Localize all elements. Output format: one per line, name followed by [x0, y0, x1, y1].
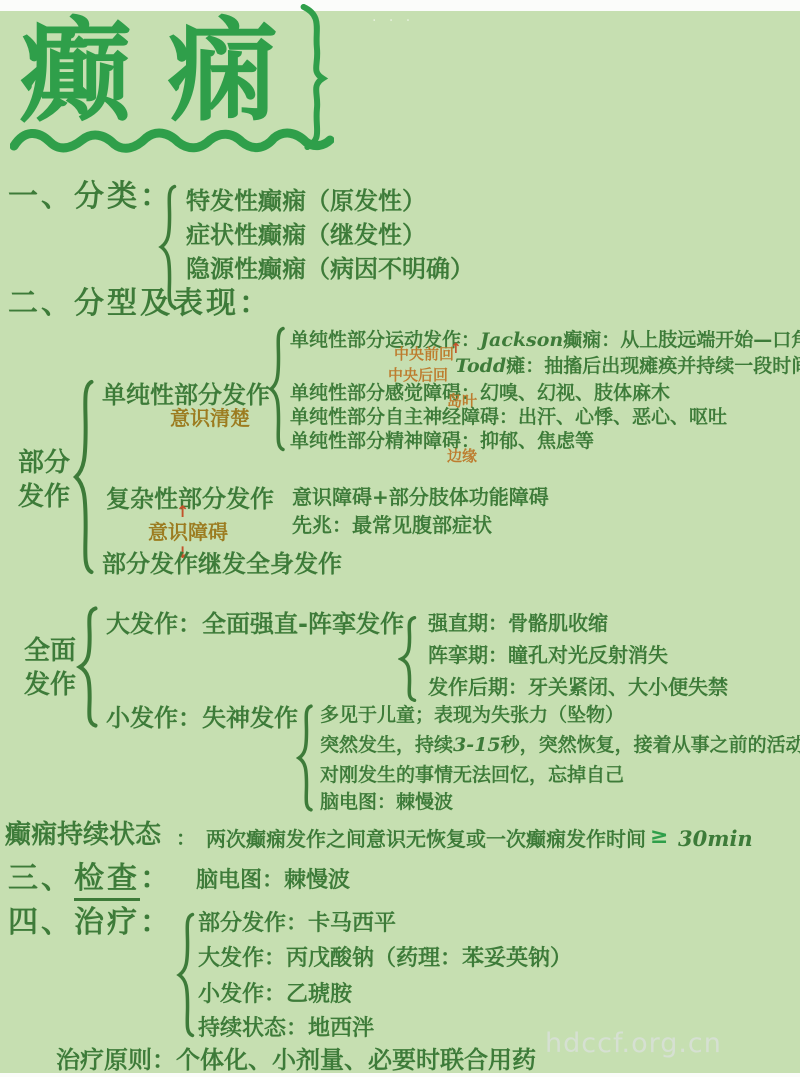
- partial-brace-icon: [72, 378, 98, 576]
- treatment-word: 治疗: [74, 905, 140, 940]
- page-title: 癫痫: [20, 16, 312, 128]
- todd-term: Todd: [455, 355, 506, 377]
- petit-line2-post: 秒，突然恢复，接着从事之前的活动: [501, 734, 800, 756]
- arrow-up-icon: ↑: [176, 504, 189, 520]
- section-heading-treatment: 四、治疗：: [8, 908, 173, 938]
- simple-partial-autonomic-line: 单纯性部分自主神经障碍：出汗、心悸、恶心、呕吐: [290, 408, 727, 427]
- treatment-colon: ：: [140, 905, 173, 940]
- grand-mal-phase: 阵挛期：瞳孔对光反射消失: [428, 645, 668, 665]
- section-heading-typing: 二、分型及表现：: [8, 289, 272, 319]
- status-colon: ：: [176, 828, 196, 848]
- wavy-underline-icon: [10, 124, 334, 158]
- motor-post: 癫痫：从上肢远端开始—口角抽动: [563, 329, 800, 351]
- petit-mal-label: 小发作：失神发作: [106, 706, 298, 730]
- complex-partial-desc: 意识障碍+部分肢体功能障碍: [292, 487, 549, 507]
- treatment-item: 大发作：丙戊酸钠（药理：苯妥英钠）: [198, 948, 572, 970]
- status-duration: 30min: [678, 828, 753, 849]
- todd-line: Todd瘫：抽搐后出现瘫痪并持续一段时间: [455, 357, 800, 376]
- treatment-item: 持续状态：地西泮: [198, 1018, 374, 1040]
- simple-partial-psychic-line: 单纯性部分精神障碍：抑郁、焦虑等: [290, 432, 594, 451]
- annotation-limbic: 边缘: [447, 449, 477, 464]
- geq-symbol: ≥: [650, 826, 668, 848]
- treatment-brace-icon: [176, 912, 198, 1038]
- simple-partial-sensory-line: 单纯性部分感觉障碍：幻嗅、幻视、肢体麻木: [290, 384, 670, 403]
- branch-label-generalized-1: 全面: [24, 638, 76, 664]
- treatment-item: 小发作：乙琥胺: [198, 984, 352, 1006]
- watermark: hdccf.org.cn: [545, 1028, 722, 1059]
- status-epilepticus-body: 两次癫痫发作之间意识无恢复或一次癫痫发作时间: [206, 829, 646, 849]
- petit-mal-eeg: 脑电图：棘慢波: [320, 793, 453, 812]
- faint-dots: · · ·: [372, 13, 414, 29]
- grand-mal-label: 大发作：全面强直-阵挛发作: [106, 612, 404, 636]
- annotation-conscious: 意识清楚: [170, 408, 250, 428]
- petit-line2-pre: 突然发生，持续: [320, 734, 453, 756]
- jackson-term: Jackson: [480, 329, 563, 351]
- branch-label-partial-1: 部分: [18, 450, 70, 476]
- complex-partial-aura: 先兆：最常见腹部症状: [292, 515, 492, 535]
- grand-mal-phase: 发作后期：牙关紧闭、大小便失禁: [428, 677, 728, 697]
- secondary-generalized-label: 部分发作继发全身发作: [102, 552, 342, 576]
- epilepsy-notes-page: · · · 癫痫 一、分类： 特发性癫痫（原发性） 症状性癫痫（继发性） 隐源性…: [0, 0, 800, 1077]
- grand-mal-phase: 强直期：骨骼肌收缩: [428, 613, 608, 633]
- annotation-postcentral-gyrus: 中央后回: [388, 368, 448, 383]
- exam-content: 脑电图：棘慢波: [196, 870, 350, 892]
- petit-mal-note: 突然发生，持续3-15秒，突然恢复，接着从事之前的活动: [320, 736, 800, 755]
- exam-colon: ：: [140, 861, 173, 896]
- treatment-item: 部分发作：卡马西平: [198, 913, 396, 935]
- todd-post: 瘫：抽搐后出现瘫痪并持续一段时间: [506, 355, 800, 377]
- classification-item: 症状性癫痫（继发性）: [186, 223, 426, 247]
- annotation-precentral-gyrus: 中央前回: [394, 347, 454, 362]
- generalized-brace-icon: [76, 606, 102, 728]
- petit-mal-brace-icon: [296, 704, 316, 812]
- simple-partial-label: 单纯性部分发作: [102, 383, 270, 407]
- simple-partial-motor-line: 单纯性部分运动发作：Jackson癫痫：从上肢远端开始—口角抽动: [290, 331, 800, 350]
- grand-mal-brace-icon: [398, 616, 420, 702]
- petit-line2-duration: 3-15: [453, 734, 501, 756]
- classification-item: 特发性癫痫（原发性）: [186, 189, 426, 213]
- section-heading-exam: 三、检查：: [8, 864, 173, 894]
- complex-partial-label: 复杂性部分发作: [106, 487, 274, 511]
- treatment-pre: 四、: [8, 905, 74, 940]
- simple-partial-brace-icon: [268, 326, 288, 452]
- section-heading-classification: 一、分类：: [8, 182, 173, 212]
- petit-mal-note: 多见于儿童；表现为失张力（坠物）: [320, 706, 624, 725]
- exam-word: 检查: [74, 861, 140, 901]
- status-epilepticus-label: 癫痫持续状态: [5, 822, 161, 848]
- classification-item: 隐源性癫痫（病因不明确）: [186, 257, 474, 281]
- branch-label-partial-2: 发作: [18, 484, 70, 510]
- arrow-up-icon: ↑: [450, 342, 462, 356]
- exam-pre: 三、: [8, 861, 74, 896]
- annotation-impaired-consciousness: 意识障碍: [148, 522, 228, 542]
- petit-mal-note: 对刚发生的事情无法回忆，忘掉自己: [320, 766, 624, 785]
- branch-label-generalized-2: 发作: [24, 672, 76, 698]
- treatment-principle: 治疗原则：个体化、小剂量、必要时联合用药: [56, 1048, 536, 1072]
